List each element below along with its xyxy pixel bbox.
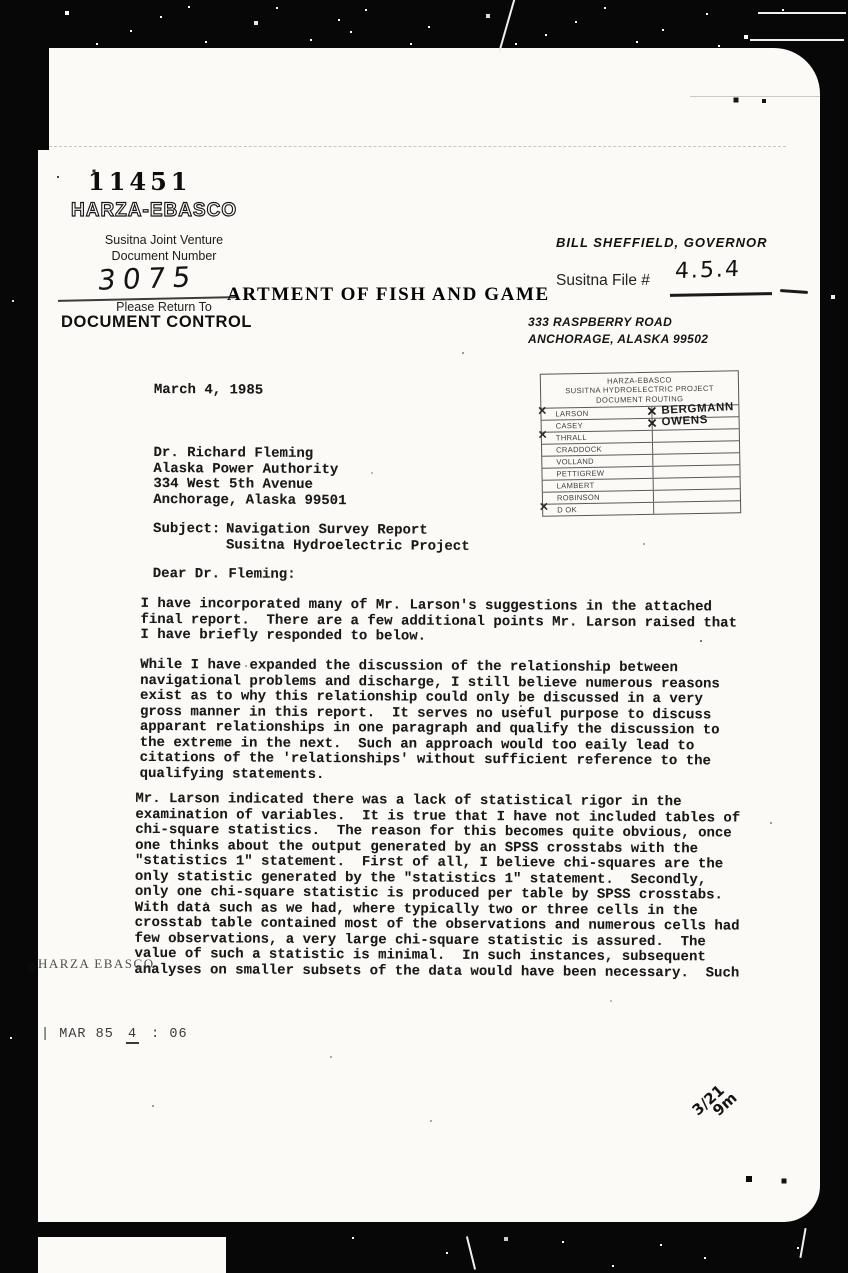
handwritten-document-number: 3075 xyxy=(96,260,199,296)
routing-name: ROBINSON xyxy=(557,493,600,503)
letter-date: March 4, 1985 xyxy=(154,383,263,399)
paragraph-2: While I have expanded the discussion of … xyxy=(140,658,720,786)
received-month-year: MAR 85 xyxy=(59,1027,114,1042)
file-number-underline xyxy=(670,292,772,296)
scan-border-wedge xyxy=(38,48,49,150)
document-routing-stamp: HARZA-EBASCO SUSITNA HYDROELECTRIC PROJE… xyxy=(540,370,741,517)
routing-name: CASEY xyxy=(556,421,583,430)
typed-letter-body: March 4, 1985 Dr. Richard Fleming Alaska… xyxy=(40,47,822,52)
agency-name-partial: ARTMENT OF FISH AND GAME xyxy=(227,284,550,306)
susitna-file-label: Susitna File # xyxy=(556,272,650,290)
scratch-line xyxy=(466,1236,476,1269)
routing-name: LAMBERT xyxy=(557,481,595,491)
routing-name: LARSON xyxy=(555,409,588,419)
routing-name: CRADDOCK xyxy=(556,445,602,455)
paragraph-1: I have incorporated many of Mr. Larson's… xyxy=(140,597,737,647)
address-line-1: 333 RASPBERRY ROAD xyxy=(528,314,708,331)
check-mark: ✕ xyxy=(647,416,658,432)
scanned-letter-page: 11451 HARZA-EBASCO Susitna Joint Venture… xyxy=(0,0,848,1273)
harza-ebasco-received-stamp: HARZA EBASCO xyxy=(38,956,155,972)
subject-text: Navigation Survey Report Susitna Hydroel… xyxy=(226,522,470,554)
routing-name: D OK xyxy=(557,505,577,514)
scan-cutout xyxy=(38,1237,226,1273)
file-number-underline-short xyxy=(780,289,808,293)
joint-venture-line: Susitna Joint Venture xyxy=(72,232,256,248)
paragraph-3: Mr. Larson indicated there was a lack of… xyxy=(134,792,740,982)
received-hour: 4 xyxy=(126,1027,139,1044)
scratch-line xyxy=(799,1228,806,1258)
scratch-line xyxy=(758,12,846,14)
received-prefix: | xyxy=(41,1027,50,1042)
routing-name: PETTIGREW xyxy=(556,469,604,479)
received-minutes: : 06 xyxy=(151,1027,187,1042)
scan-streak xyxy=(690,96,820,97)
subject-label: Subject: xyxy=(153,522,220,538)
harza-ebasco-logo: HARZA-EBASCO xyxy=(71,200,237,222)
letterhead-address: 333 RASPBERRY ROAD ANCHORAGE, ALASKA 995… xyxy=(528,314,708,347)
address-line-2: ANCHORAGE, ALASKA 99502 xyxy=(528,331,708,348)
fold-line xyxy=(44,146,786,147)
joint-venture-label: Susitna Joint Venture Document Number xyxy=(72,232,256,264)
paper-sheet: 11451 HARZA-EBASCO Susitna Joint Venture… xyxy=(38,48,820,1222)
document-control-label: DOCUMENT CONTROL xyxy=(61,313,252,332)
document-id-stamp: 11451 xyxy=(88,167,192,196)
check-mark: ✕ xyxy=(539,503,549,514)
recipient-address: Dr. Richard Fleming Alaska Power Authori… xyxy=(153,446,347,509)
check-mark: ✕ xyxy=(537,407,547,418)
scratch-line xyxy=(750,39,844,41)
handwritten-routing-name: OWENS xyxy=(661,414,708,428)
check-mark: ✕ xyxy=(538,431,548,442)
governor-line: BILL SHEFFIELD, GOVERNOR xyxy=(556,235,768,250)
susitna-file-number-handwritten: 4.5.4 xyxy=(675,257,742,284)
routing-name: THRALL xyxy=(556,433,587,443)
received-date-stamp: | MAR 85 4 : 06 xyxy=(41,1027,188,1042)
handwritten-note: 3/21 9m xyxy=(690,1080,739,1128)
salutation: Dear Dr. Fleming: xyxy=(153,567,296,583)
scan-noise-black xyxy=(0,0,2,2)
scratch-line xyxy=(498,0,516,53)
routing-name: VOLLAND xyxy=(556,457,594,467)
